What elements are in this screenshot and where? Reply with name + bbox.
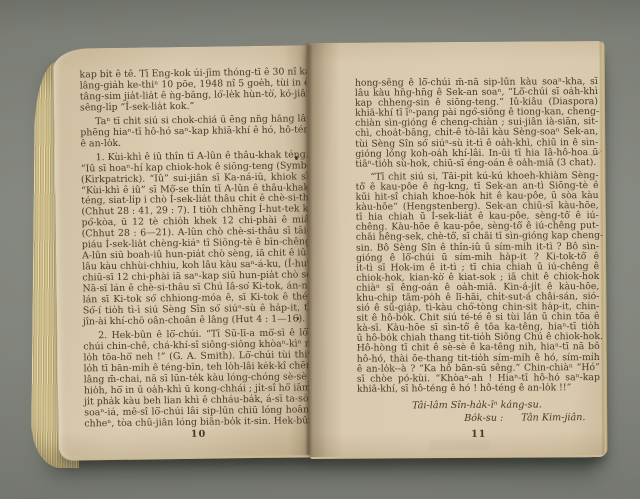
paragraph: 2. Hek-bûn ê lō͘-chúi. “Tī Sū-lī-a mō͘-s… [83,328,312,430]
paragraph: hong-sēng ê lō͘-chúi m̄-nā sip-lūn kàu s… [355,77,599,170]
right-page-text: hong-sēng ê lō͘-chúi m̄-nā sip-lūn kàu s… [355,77,600,398]
author-signature: Tâi-lâm Sîn-ha̍k-īⁿ káng-su. Bo̍k-su :Tâ… [357,399,600,426]
paragraph: 1. Kùi-khì ê iû thîn tī A-lûn ê thâu-kha… [81,150,311,328]
right-page-number: 11 [357,428,600,441]
left-page: kap bi̍t ê tē. Tī Eng-kok úi-jīm thóng-t… [53,45,315,459]
text-line: khiā-khí, sī hô-téng ê hó ! hô-téng ê an… [357,383,600,395]
paper-speck [295,156,298,160]
paragraph: “Tī chit siú si, Tāi-pi̍t kú-kú khoeh-kh… [355,171,600,395]
scanned-book-spread: kap bi̍t ê tē. Tī Eng-kok úi-jīm thóng-t… [0,0,640,499]
paragraph: Taⁿ tī chit siú si chok-chiá ū ēng nn̄g … [80,114,308,150]
left-page-number: 10 [84,427,312,441]
paragraph: kap bi̍t ê tē. Tī Eng-kok úi-jīm thóng-t… [79,67,308,114]
right-page: hong-sēng ê lō͘-chúi m̄-nā sip-lūn kàu s… [307,41,608,457]
text-line: sêng-li̍p “Í-sek-lia̍t kok.” [80,100,308,114]
left-page-text: kap bi̍t ê tē. Tī Eng-kok úi-jīm thóng-t… [79,67,312,433]
text-line: jîn-ài khí-chō oân-choân ê lâng (Hut 4 :… [83,314,311,328]
text-line: ê an-lo̍k. [80,136,308,150]
show-through-marks [429,440,489,450]
text-line: tiāⁿ-tio̍h sù-hok, chiū-sī éng-oán ê oa̍… [355,158,598,170]
book-gutter [305,45,312,455]
signature-name: Tân Kim-jiân. [521,412,585,423]
signature-author: Bo̍k-su :Tân Kim-jiân. [464,412,600,425]
signature-title: Bo̍k-su : [464,412,503,423]
paper-speck [297,317,299,320]
